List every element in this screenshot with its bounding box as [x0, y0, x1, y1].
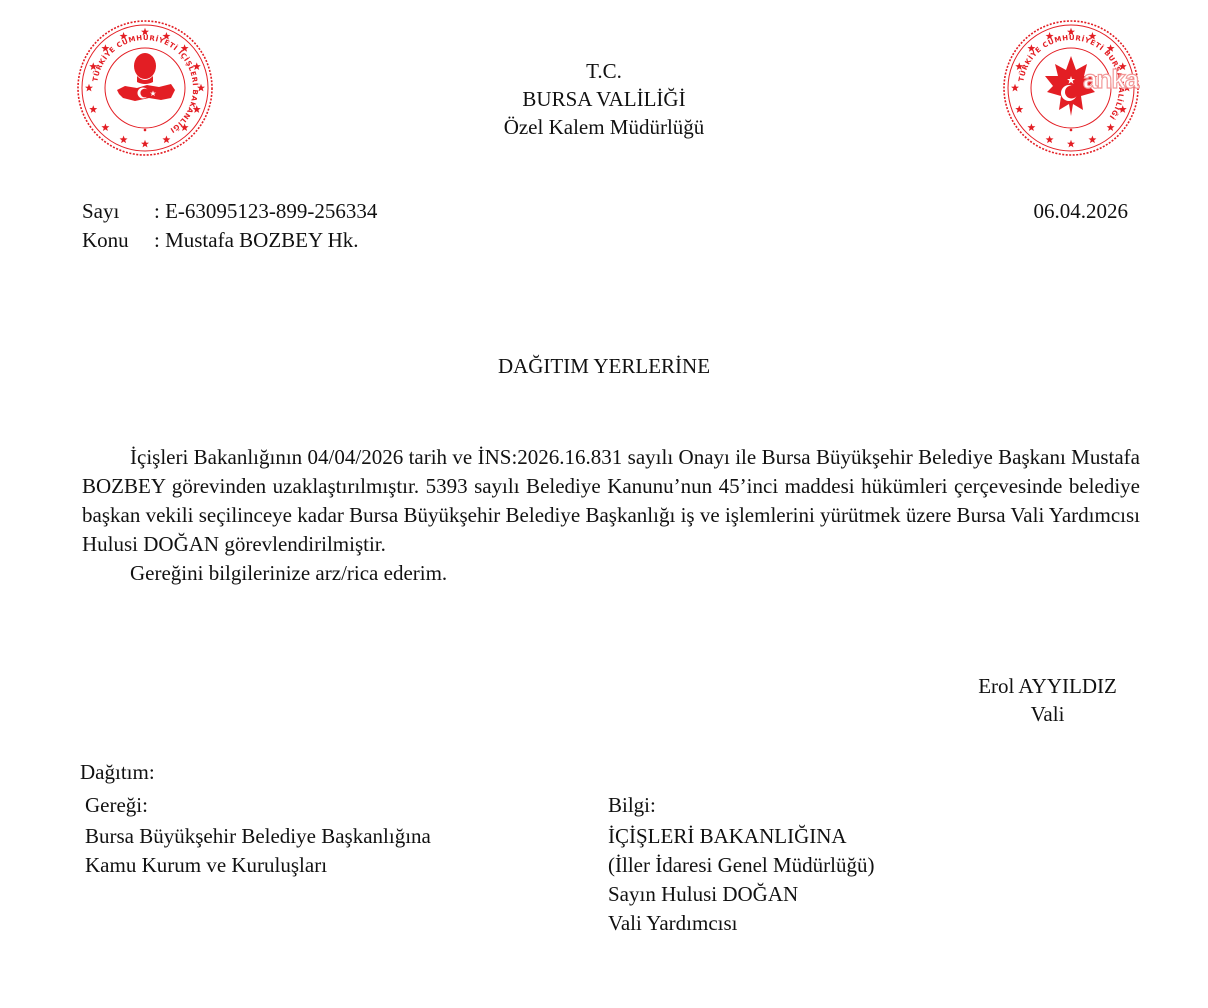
header-institution: BURSA VALİLİĞİ	[0, 85, 1208, 113]
document-body: İçişleri Bakanlığının 04/04/2026 tarih v…	[82, 443, 1140, 588]
sayi-label: Sayı	[82, 197, 154, 226]
signatory-title: Vali	[960, 700, 1135, 728]
sayi-row: Sayı : E-63095123-899-256334	[82, 197, 377, 226]
body-paragraph-1: İçişleri Bakanlığının 04/04/2026 tarih v…	[82, 443, 1140, 559]
gerekli-label: Gereği:	[85, 791, 431, 820]
distribution-item: Bursa Büyükşehir Belediye Başkanlığına	[85, 822, 431, 851]
distribution-item: Vali Yardımcısı	[608, 909, 875, 938]
document-date: 06.04.2026	[1034, 197, 1129, 226]
distribution-title: Dağıtım:	[80, 760, 155, 785]
document-meta: Sayı : E-63095123-899-256334 Konu : Must…	[82, 197, 377, 255]
distribution-item: Kamu Kurum ve Kuruluşları	[85, 851, 431, 880]
signatory-name: Erol AYYILDIZ	[960, 672, 1135, 700]
distribution-bilgi: Bilgi: İÇİŞLERİ BAKANLIĞINA (İller İdare…	[608, 791, 875, 938]
bilgi-label: Bilgi:	[608, 791, 875, 820]
sayi-value: : E-63095123-899-256334	[154, 197, 377, 226]
body-paragraph-2: Gereğini bilgilerinize arz/rica ederim.	[82, 559, 1140, 588]
konu-row: Konu : Mustafa BOZBEY Hk.	[82, 226, 377, 255]
header-department: Özel Kalem Müdürlüğü	[0, 113, 1208, 141]
konu-value: : Mustafa BOZBEY Hk.	[154, 226, 359, 255]
document-header: T.C. BURSA VALİLİĞİ Özel Kalem Müdürlüğü	[0, 57, 1208, 141]
konu-label: Konu	[82, 226, 154, 255]
distribution-item: İÇİŞLERİ BAKANLIĞINA	[608, 822, 875, 851]
distribution-gerekli: Gereği: Bursa Büyükşehir Belediye Başkan…	[85, 791, 431, 880]
addressee: DAĞITIM YERLERİNE	[0, 354, 1208, 379]
distribution-item: Sayın Hulusi DOĞAN	[608, 880, 875, 909]
header-tc: T.C.	[0, 57, 1208, 85]
distribution-item: (İller İdaresi Genel Müdürlüğü)	[608, 851, 875, 880]
signature-block: Erol AYYILDIZ Vali	[960, 672, 1135, 728]
